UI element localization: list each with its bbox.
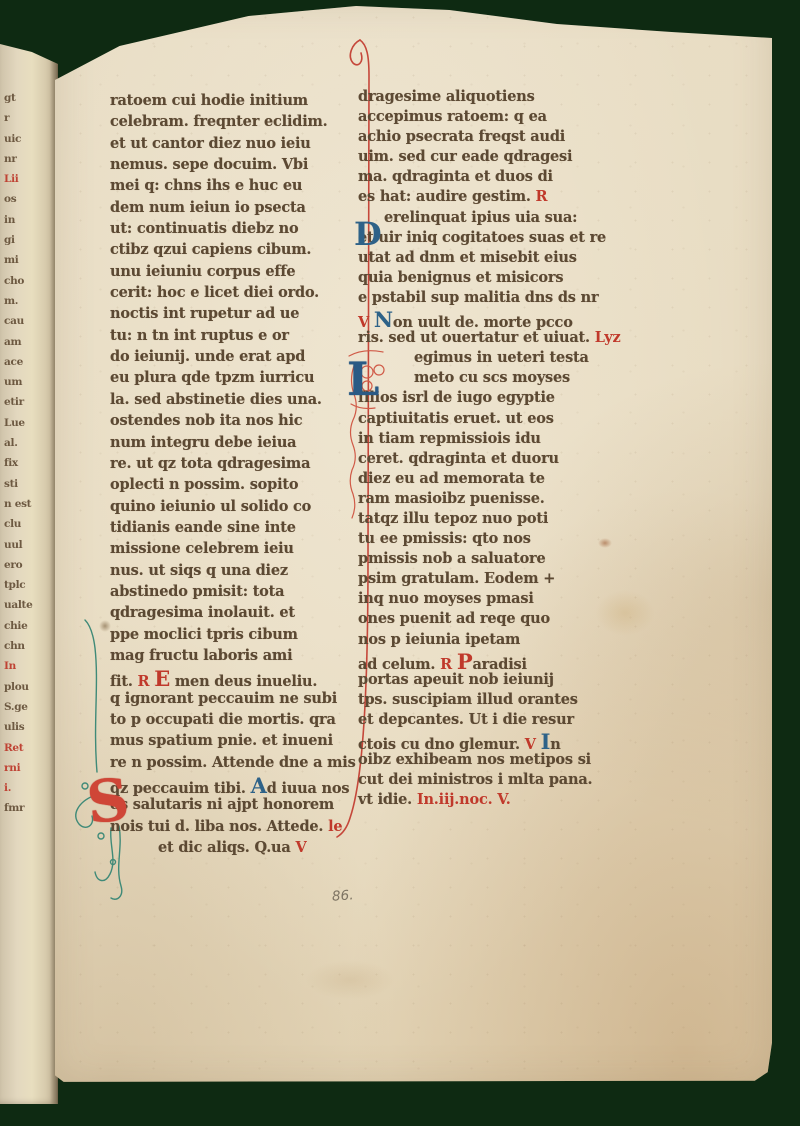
edge-text-fragment: etir — [4, 392, 38, 412]
text-segment: utat ad dnm et misebit eius — [358, 249, 577, 266]
manuscript-line: ppe moclici tpris cibum — [110, 626, 362, 647]
edge-text-fragment: ulis — [4, 717, 38, 737]
edge-text-fragment: am — [4, 332, 38, 352]
text-segment: captiuitatis eruet. ut eos — [358, 410, 554, 427]
manuscript-line: et ut cantor diez nuo ieiu — [110, 135, 362, 156]
manuscript-line: nos p ieiunia ipetam — [358, 631, 610, 651]
text-segment: et ut cantor diez nuo ieiu — [110, 135, 311, 152]
text-segment: ram masioibz puenisse. — [358, 490, 545, 507]
edge-text-fragment: Ret — [4, 738, 38, 758]
manuscript-line: qdragesima inolauit. et — [110, 604, 362, 625]
text-segment: et uir iniq cogitatoes suas et re — [358, 229, 606, 246]
text-segment: cut dei ministros i mlta pana. — [358, 771, 592, 788]
manuscript-line: tps. suscipiam illud orantes — [358, 691, 610, 711]
text-segment: tu ee pmissis: qto nos — [358, 530, 531, 547]
manuscript-line: meto cu scs moyses — [358, 369, 610, 389]
manuscript-line: accepimus ratoem: q ea — [358, 108, 610, 128]
manuscript-line: celebram. freqnter eclidim. — [110, 113, 362, 134]
text-segment: ut: continuatis diebz no — [110, 220, 299, 237]
edge-text-fragment: mi — [4, 250, 38, 270]
text-segment: e pstabil sup malitia dns ds nr — [358, 289, 598, 306]
text-segment: to p occupati die mortis. qra — [110, 711, 336, 728]
manuscript-line: oibz exhibeam nos metipos si — [358, 751, 610, 771]
manuscript-line: vt idie. In.iij.noc. V. — [358, 791, 610, 811]
stain — [305, 960, 395, 1000]
manuscript-line: abstinedo pmisit: tota — [110, 583, 362, 604]
text-segment: ma. qdraginta et duos di — [358, 168, 553, 185]
manuscript-line: tidianis eande sine inte — [110, 519, 362, 540]
manuscript-line: ma. qdraginta et duos di — [358, 168, 610, 188]
manuscript-line: fit. R E men deus inueliu. — [110, 668, 362, 689]
edge-text-fragment: rni — [4, 758, 38, 778]
manuscript-line: to p occupati die mortis. qra — [110, 711, 362, 732]
text-segment: mei q: chns ihs e huc eu — [110, 177, 302, 194]
text-segment: es hat: audire gestim. — [358, 188, 536, 205]
edge-text-fragment: um — [4, 372, 38, 392]
text-segment: ris. sed ut ouertatur et uiuat. — [358, 329, 595, 346]
text-segment: unu ieiuniu corpus effe — [110, 263, 295, 280]
manuscript-line: ones puenit ad reqe quo — [358, 610, 610, 630]
edge-text-fragment: chn — [4, 636, 38, 656]
inline-initial: E — [154, 666, 170, 691]
manuscript-line: psim gratulam. Eodem + — [358, 570, 610, 590]
edge-text-fragment: plou — [4, 677, 38, 697]
text-segment: psim gratulam. Eodem + — [358, 570, 555, 587]
manuscript-line: filios isrl de iugo egyptie — [358, 389, 610, 409]
text-segment: tps. suscipiam illud orantes — [358, 691, 578, 708]
text-segment: egimus in ueteri testa — [414, 349, 589, 366]
manuscript-line: la. sed abstinetie dies una. — [110, 391, 362, 412]
manuscript-line: ostendes nob ita nos hic — [110, 412, 362, 433]
text-segment: q ignorant peccauim ne subi — [110, 690, 337, 707]
manuscript-line: mus spatium pnie. et inueni — [110, 732, 362, 753]
text-segment: ctibz qzui capiens cibum. — [110, 241, 311, 258]
edge-text-fragment: tplc — [4, 575, 38, 595]
manuscript-line: portas apeuit nob ieiunij — [358, 671, 610, 691]
manuscript-line: cerit: hoc e licet diei ordo. — [110, 284, 362, 305]
edge-text-fragment: ero — [4, 555, 38, 575]
text-segment: vt idie. — [358, 791, 417, 808]
text-segment: R — [536, 188, 548, 205]
text-segment: mag fructu laboris ami — [110, 647, 292, 664]
text-segment: re. ut qz tota qdragesima — [110, 455, 310, 472]
manuscript-line: utat ad dnm et misebit eius — [358, 249, 610, 269]
manuscript-line: in tiam repmissiois idu — [358, 430, 610, 450]
text-segment: ceret. qdraginta et duoru — [358, 450, 559, 467]
edge-text-fragment: os — [4, 189, 38, 209]
manuscript-line: ut: continuatis diebz no — [110, 220, 362, 241]
edge-text-fragment: fmr — [4, 798, 38, 818]
edge-text-fragment: gt — [4, 88, 38, 108]
illuminated-initial-L: L — [347, 356, 379, 402]
manuscript-line: ris. sed ut ouertatur et uiuat. Lyz — [358, 329, 610, 349]
manuscript-line: noctis int rupetur ad ue — [110, 305, 362, 326]
manuscript-line: do ieiunij. unde erat apd — [110, 348, 362, 369]
text-segment: fit. — [110, 673, 138, 690]
text-segment: celebram. freqnter eclidim. — [110, 113, 328, 130]
text-segment: nois tui d. liba nos. Attede. — [110, 818, 328, 835]
text-segment: men deus inueliu. — [170, 673, 317, 690]
text-segment: pmissis nob a saluatore — [358, 550, 546, 567]
text-segment: dem num ieiun io psecta — [110, 199, 306, 216]
text-segment: eu plura qde tpzm iurricu — [110, 369, 314, 386]
text-column-left: ratoem cui hodie initiumcelebram. freqnt… — [110, 92, 362, 860]
text-segment: quino ieiunio ul solido co — [110, 498, 311, 515]
text-segment: tu: n tn int ruptus e or — [110, 327, 289, 344]
edge-text-fragment: Lue — [4, 413, 38, 433]
text-segment: ostendes nob ita nos hic — [110, 412, 302, 429]
manuscript-line: et uir iniq cogitatoes suas et re — [358, 229, 610, 249]
text-segment: le — [328, 818, 342, 835]
manuscript-line: ratoem cui hodie initium — [110, 92, 362, 113]
manuscript-line: ds salutaris ni ajpt honorem — [110, 796, 362, 817]
text-segment: In.iij.noc. V. — [417, 791, 511, 808]
manuscript-line: e pstabil sup malitia dns ds nr — [358, 289, 610, 309]
text-segment: Lyz — [595, 329, 621, 346]
manuscript-line: captiuitatis eruet. ut eos — [358, 410, 610, 430]
inline-initial: A — [251, 773, 267, 798]
text-segment: tatqz illu tepoz nuo poti — [358, 510, 548, 527]
manuscript-line: num integru debe ieiua — [110, 434, 362, 455]
text-segment: tidianis eande sine inte — [110, 519, 296, 536]
text-segment: quia benignus et misicors — [358, 269, 563, 286]
manuscript-line: ad celum. R Paradisi — [358, 651, 610, 671]
text-segment: erelinquat ipius uia sua: — [384, 209, 577, 226]
manuscript-line: dem num ieiun io psecta — [110, 199, 362, 220]
text-segment: cerit: hoc e licet diei ordo. — [110, 284, 319, 301]
manuscript-line: missione celebrem ieiu — [110, 540, 362, 561]
manuscript-line: re. ut qz tota qdragesima — [110, 455, 362, 476]
text-segment: dragesime aliquotiens — [358, 88, 535, 105]
manuscript-line: nus. ut siqs q una diez — [110, 562, 362, 583]
text-segment: ratoem cui hodie initium — [110, 92, 308, 109]
manuscript-line: V Non uult de. morte pcco — [358, 309, 610, 329]
text-segment: nemus. sepe docuim. Vbi — [110, 156, 308, 173]
text-segment: missione celebrem ieiu — [110, 540, 294, 557]
manuscript-line: re n possim. Attende dne a mis — [110, 754, 362, 775]
edge-text-fragment: ace — [4, 352, 38, 372]
manuscript-line: quino ieiunio ul solido co — [110, 498, 362, 519]
manuscript-line: dragesime aliquotiens — [358, 88, 610, 108]
edge-text-fragment: clu — [4, 514, 38, 534]
text-segment: oibz exhibeam nos metipos si — [358, 751, 591, 768]
edge-text-fragment: in — [4, 210, 38, 230]
folio-number-pencil: 86. — [331, 887, 354, 904]
manuscript-line: erelinquat ipius uia sua: — [358, 209, 610, 229]
text-segment: in tiam repmissiois idu — [358, 430, 541, 447]
manuscript-line: egimus in ueteri testa — [358, 349, 610, 369]
text-segment: ones puenit ad reqe quo — [358, 610, 550, 627]
previous-page-text-fragments: gtruicnrLiiosingimichom.cauamaceumetirLu… — [4, 88, 38, 819]
text-segment: d iuua nos — [267, 780, 350, 797]
edge-text-fragment: uic — [4, 129, 38, 149]
illuminated-initial-S: S — [84, 770, 132, 832]
text-segment: noctis int rupetur ad ue — [110, 305, 299, 322]
manuscript-line: ctibz qzui capiens cibum. — [110, 241, 362, 262]
edge-text-fragment: S.ge — [4, 697, 38, 717]
photo-background: gtruicnrLiiosingimichom.cauamaceumetirLu… — [0, 0, 800, 1126]
manuscript-line: tatqz illu tepoz nuo poti — [358, 510, 610, 530]
edge-text-fragment: al. — [4, 433, 38, 453]
edge-text-fragment: m. — [4, 291, 38, 311]
edge-text-fragment: Lii — [4, 169, 38, 189]
illuminated-initial-D: D — [354, 218, 382, 250]
manuscript-line: q ignorant peccauim ne subi — [110, 690, 362, 711]
edge-text-fragment: ualte — [4, 595, 38, 615]
text-segment: R — [138, 673, 155, 690]
manuscript-line: uim. sed cur eade qdragesi — [358, 148, 610, 168]
edge-text-fragment: i. — [4, 778, 38, 798]
edge-text-fragment: n est — [4, 494, 38, 514]
edge-text-fragment: In — [4, 656, 38, 676]
text-segment: mus spatium pnie. et inueni — [110, 732, 333, 749]
manuscript-line: eu plura qde tpzm iurricu — [110, 369, 362, 390]
manuscript-line: tu ee pmissis: qto nos — [358, 530, 610, 550]
manuscript-line: achio psecrata freqst audi — [358, 128, 610, 148]
manuscript-page: ratoem cui hodie initiumcelebram. freqnt… — [55, 0, 772, 1084]
text-segment: achio psecrata freqst audi — [358, 128, 565, 145]
edge-text-fragment: sti — [4, 474, 38, 494]
text-segment: et dic aliqs. Q.ua — [158, 839, 295, 856]
text-segment: abstinedo pmisit: tota — [110, 583, 284, 600]
previous-page-edge: gtruicnrLiiosingimichom.cauamaceumetirLu… — [0, 0, 58, 1104]
text-segment: do ieiunij. unde erat apd — [110, 348, 305, 365]
manuscript-line: inq nuo moyses pmasi — [358, 590, 610, 610]
edge-text-fragment: cau — [4, 311, 38, 331]
manuscript-line: cut dei ministros i mlta pana. — [358, 771, 610, 791]
text-segment: portas apeuit nob ieiunij — [358, 671, 554, 688]
edge-text-fragment: nr — [4, 149, 38, 169]
manuscript-line: et dic aliqs. Q.ua V — [110, 839, 362, 860]
manuscript-line: diez eu ad memorata te — [358, 470, 610, 490]
manuscript-line: oplecti n possim. sopito — [110, 476, 362, 497]
text-segment: oplecti n possim. sopito — [110, 476, 298, 493]
edge-text-fragment: cho — [4, 271, 38, 291]
text-segment: ppe moclici tpris cibum — [110, 626, 298, 643]
manuscript-line: et depcantes. Ut i die resur — [358, 711, 610, 731]
text-segment: ds salutaris ni ajpt honorem — [110, 796, 334, 813]
manuscript-line: nemus. sepe docuim. Vbi — [110, 156, 362, 177]
text-segment: nos p ieiunia ipetam — [358, 631, 520, 648]
manuscript-line: quia benignus et misicors — [358, 269, 610, 289]
manuscript-line: pmissis nob a saluatore — [358, 550, 610, 570]
manuscript-line: unu ieiuniu corpus effe — [110, 263, 362, 284]
manuscript-line: mei q: chns ihs e huc eu — [110, 177, 362, 198]
text-segment: uim. sed cur eade qdragesi — [358, 148, 572, 165]
text-segment: num integru debe ieiua — [110, 434, 296, 451]
text-segment: inq nuo moyses pmasi — [358, 590, 534, 607]
manuscript-line: ctois cu dno glemur. V In — [358, 731, 610, 751]
manuscript-line: ceret. qdraginta et duoru — [358, 450, 610, 470]
text-segment: qdragesima inolauit. et — [110, 604, 295, 621]
edge-text-fragment: r — [4, 108, 38, 128]
text-segment: meto cu scs moyses — [414, 369, 570, 386]
manuscript-line: mag fructu laboris ami — [110, 647, 362, 668]
edge-text-fragment: gi — [4, 230, 38, 250]
text-segment: la. sed abstinetie dies una. — [110, 391, 322, 408]
text-segment: qz peccauim tibi. — [110, 780, 251, 797]
text-segment: nus. ut siqs q una diez — [110, 562, 288, 579]
edge-text-fragment: chie — [4, 616, 38, 636]
manuscript-line: ram masioibz puenisse. — [358, 490, 610, 510]
text-segment: re n possim. Attende dne a mis — [110, 754, 356, 771]
text-segment: accepimus ratoem: q ea — [358, 108, 547, 125]
text-segment: et depcantes. Ut i die resur — [358, 711, 574, 728]
text-segment: filios isrl de iugo egyptie — [358, 389, 555, 406]
manuscript-line: tu: n tn int ruptus e or — [110, 327, 362, 348]
text-column-right: dragesime aliquotiensaccepimus ratoem: q… — [358, 88, 610, 811]
manuscript-line: es hat: audire gestim. R — [358, 188, 610, 208]
edge-text-fragment: fix — [4, 453, 38, 473]
edge-text-fragment: uul — [4, 535, 38, 555]
text-segment: diez eu ad memorata te — [358, 470, 545, 487]
manuscript-line: qz peccauim tibi. Ad iuua nos — [110, 775, 362, 796]
text-segment: V — [295, 839, 306, 856]
manuscript-line: nois tui d. liba nos. Attede. le — [110, 818, 362, 839]
